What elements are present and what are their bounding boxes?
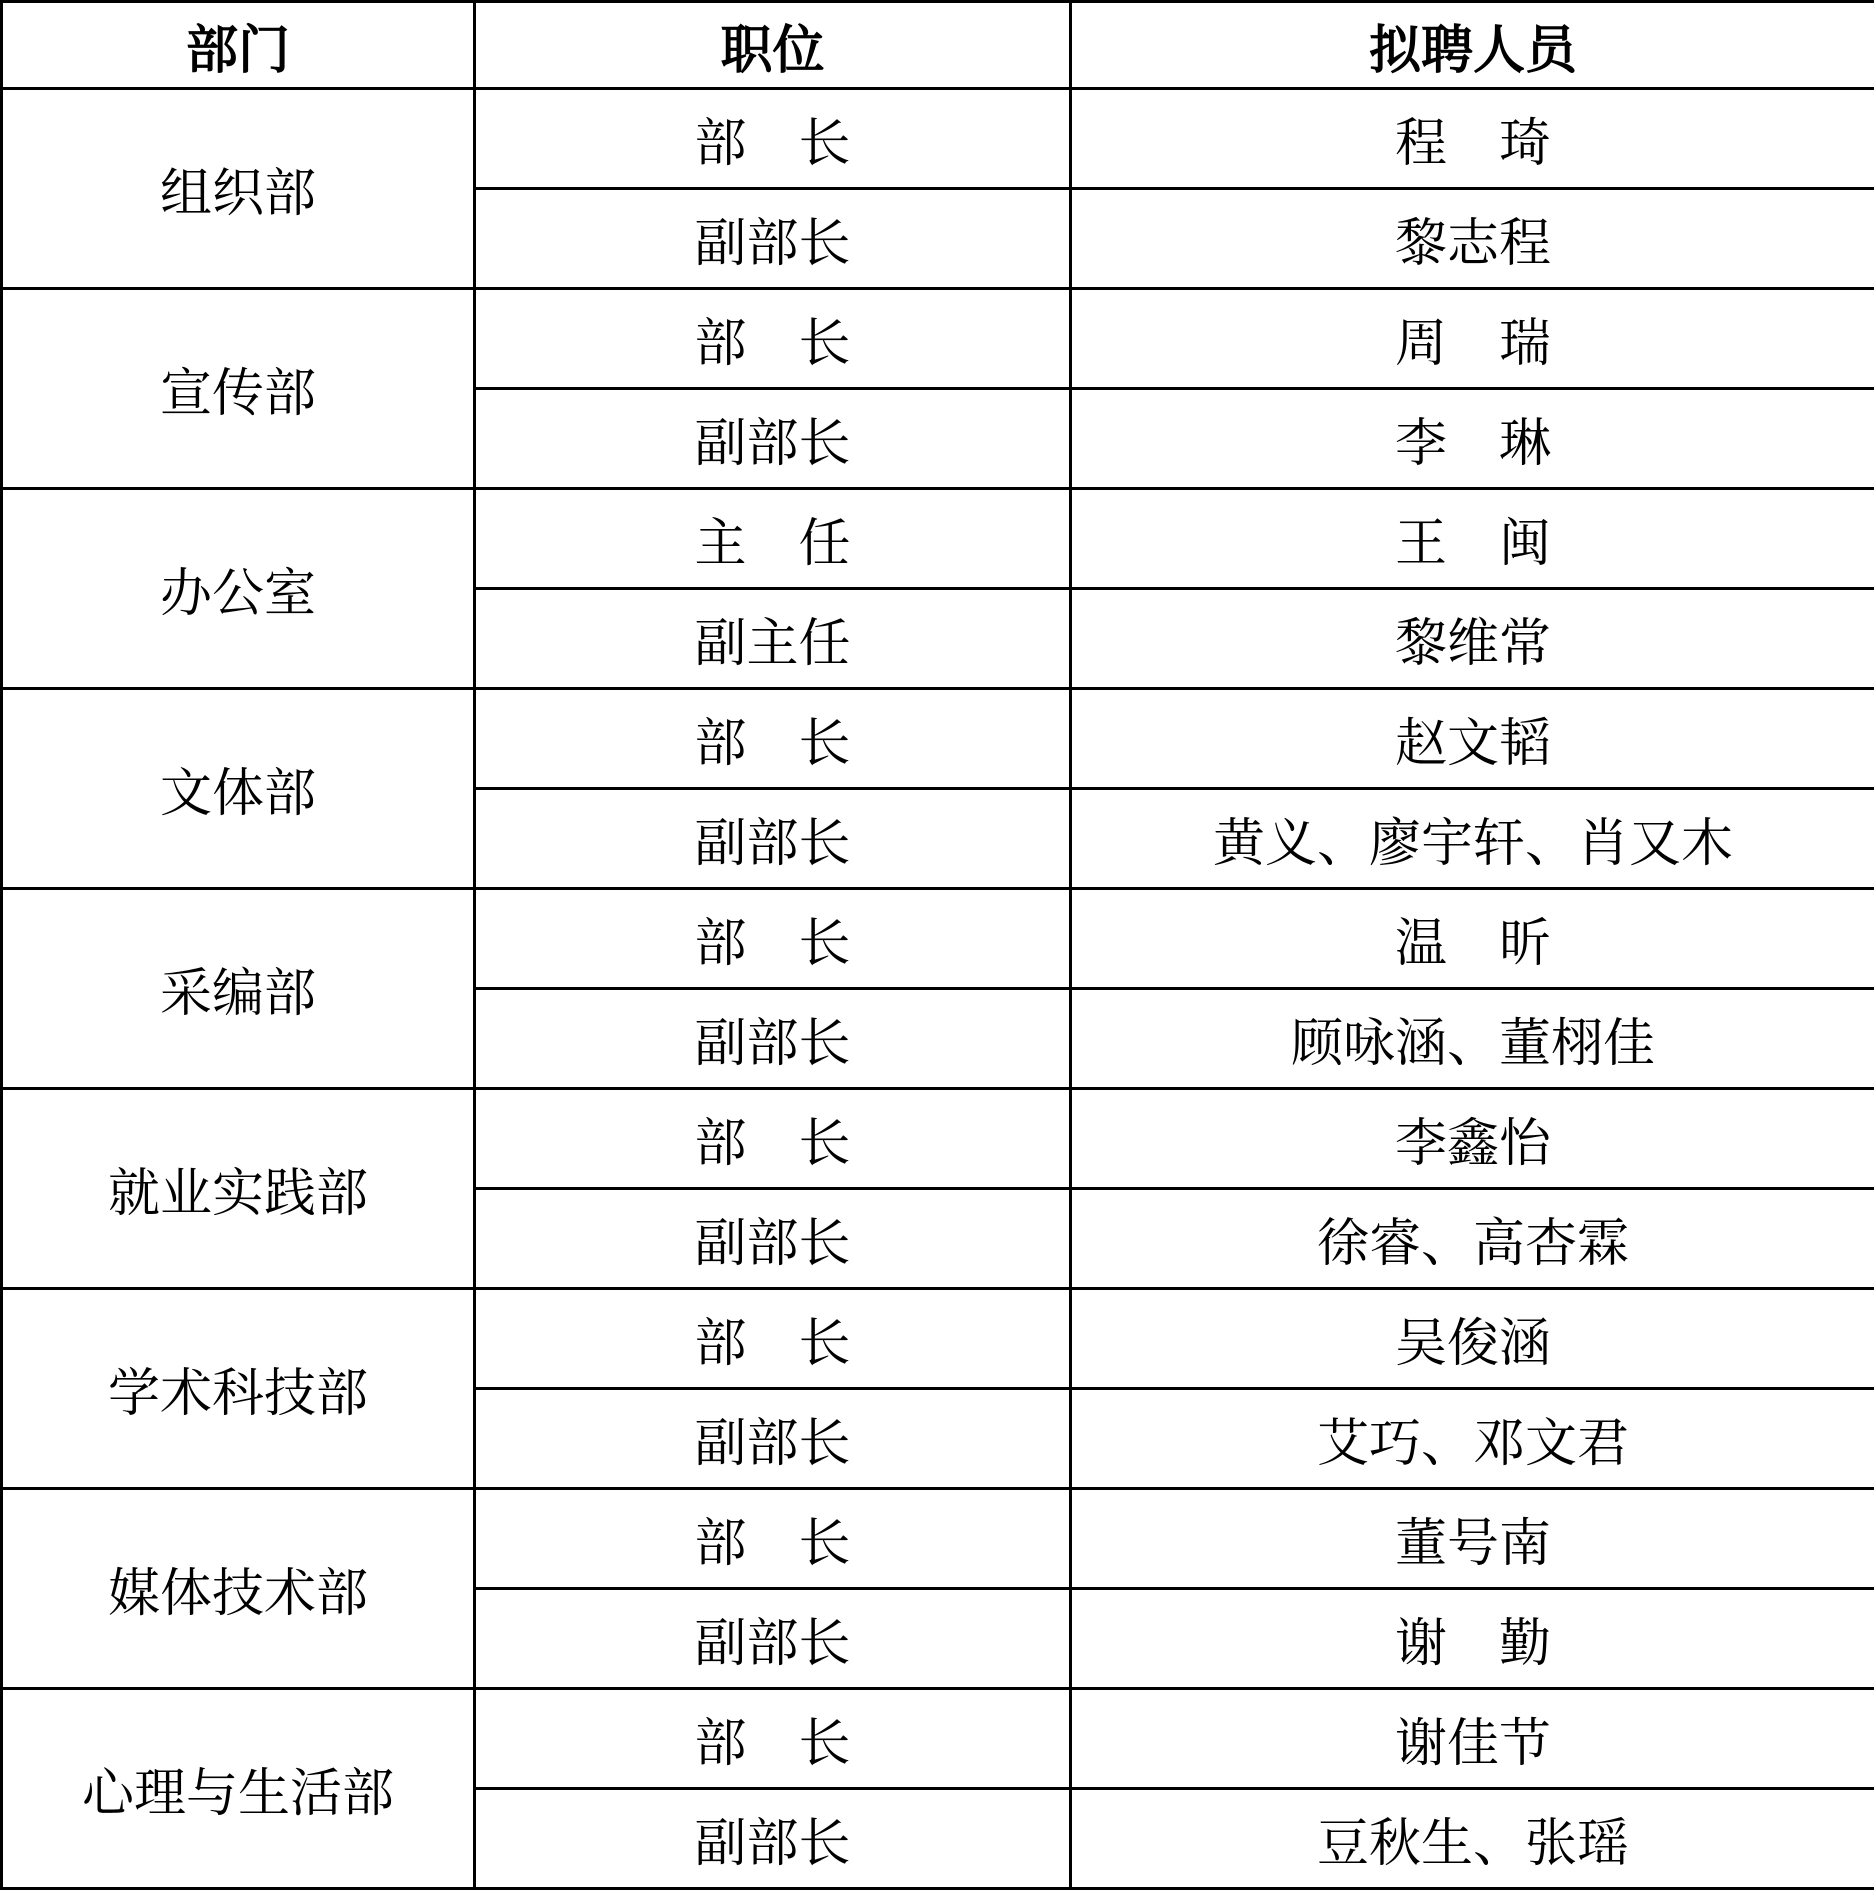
position-cell: 部 长 [475, 1289, 1071, 1389]
department-cell: 就业实践部 [2, 1089, 475, 1289]
table-row: 就业实践部 部 长 李鑫怡 [2, 1089, 1874, 1189]
position-cell: 副部长 [475, 1589, 1071, 1689]
candidates-cell: 李 琳 [1071, 389, 1874, 489]
position-cell: 部 长 [475, 89, 1071, 189]
table-row: 组织部 部 长 程 琦 [2, 89, 1874, 189]
position-cell: 副主任 [475, 589, 1071, 689]
candidates-cell: 程 琦 [1071, 89, 1874, 189]
position-cell: 部 长 [475, 889, 1071, 989]
department-cell: 心理与生活部 [2, 1689, 475, 1889]
header-row: 部门 职位 拟聘人员 [2, 2, 1874, 89]
candidates-cell: 谢佳节 [1071, 1689, 1874, 1789]
position-cell: 副部长 [475, 1789, 1071, 1889]
candidates-cell: 顾咏涵、董栩佳 [1071, 989, 1874, 1089]
position-cell: 部 长 [475, 1689, 1071, 1789]
position-cell: 部 长 [475, 1089, 1071, 1189]
candidates-cell: 谢 勤 [1071, 1589, 1874, 1689]
candidates-cell: 董号南 [1071, 1489, 1874, 1589]
candidates-cell: 温 昕 [1071, 889, 1874, 989]
candidates-cell: 王 闽 [1071, 489, 1874, 589]
table-row: 学术科技部 部 长 吴俊涵 [2, 1289, 1874, 1389]
header-position: 职位 [475, 2, 1071, 89]
position-cell: 主 任 [475, 489, 1071, 589]
table-row: 办公室 主 任 王 闽 [2, 489, 1874, 589]
candidates-cell: 艾巧、邓文君 [1071, 1389, 1874, 1489]
department-cell: 媒体技术部 [2, 1489, 475, 1689]
position-cell: 副部长 [475, 989, 1071, 1089]
candidates-cell: 黎志程 [1071, 189, 1874, 289]
candidates-cell: 黎维常 [1071, 589, 1874, 689]
department-cell: 学术科技部 [2, 1289, 475, 1489]
candidates-cell: 周 瑞 [1071, 289, 1874, 389]
department-cell: 文体部 [2, 689, 475, 889]
position-cell: 副部长 [475, 189, 1071, 289]
position-cell: 部 长 [475, 689, 1071, 789]
table-row: 心理与生活部 部 长 谢佳节 [2, 1689, 1874, 1789]
table-row: 文体部 部 长 赵文韬 [2, 689, 1874, 789]
candidates-cell: 黄义、廖宇轩、肖又木 [1071, 789, 1874, 889]
position-cell: 部 长 [475, 289, 1071, 389]
position-cell: 副部长 [475, 1189, 1071, 1289]
table-row: 媒体技术部 部 长 董号南 [2, 1489, 1874, 1589]
position-cell: 副部长 [475, 1389, 1071, 1489]
department-cell: 采编部 [2, 889, 475, 1089]
candidates-cell: 徐睿、高杏霖 [1071, 1189, 1874, 1289]
department-cell: 组织部 [2, 89, 475, 289]
candidates-cell: 吴俊涵 [1071, 1289, 1874, 1389]
recruitment-roster-sheet: 部门 职位 拟聘人员 组织部 部 长 程 琦 副部长 黎志程 宣传部 部 长 周… [0, 0, 1874, 1841]
table-row: 采编部 部 长 温 昕 [2, 889, 1874, 989]
position-cell: 副部长 [475, 389, 1071, 489]
recruitment-roster-table: 部门 职位 拟聘人员 组织部 部 长 程 琦 副部长 黎志程 宣传部 部 长 周… [0, 0, 1874, 1890]
candidates-cell: 赵文韬 [1071, 689, 1874, 789]
table-row: 宣传部 部 长 周 瑞 [2, 289, 1874, 389]
position-cell: 部 长 [475, 1489, 1071, 1589]
department-cell: 办公室 [2, 489, 475, 689]
header-candidates: 拟聘人员 [1071, 2, 1874, 89]
department-cell: 宣传部 [2, 289, 475, 489]
candidates-cell: 豆秋生、张瑶 [1071, 1789, 1874, 1889]
candidates-cell: 李鑫怡 [1071, 1089, 1874, 1189]
header-department: 部门 [2, 2, 475, 89]
position-cell: 副部长 [475, 789, 1071, 889]
